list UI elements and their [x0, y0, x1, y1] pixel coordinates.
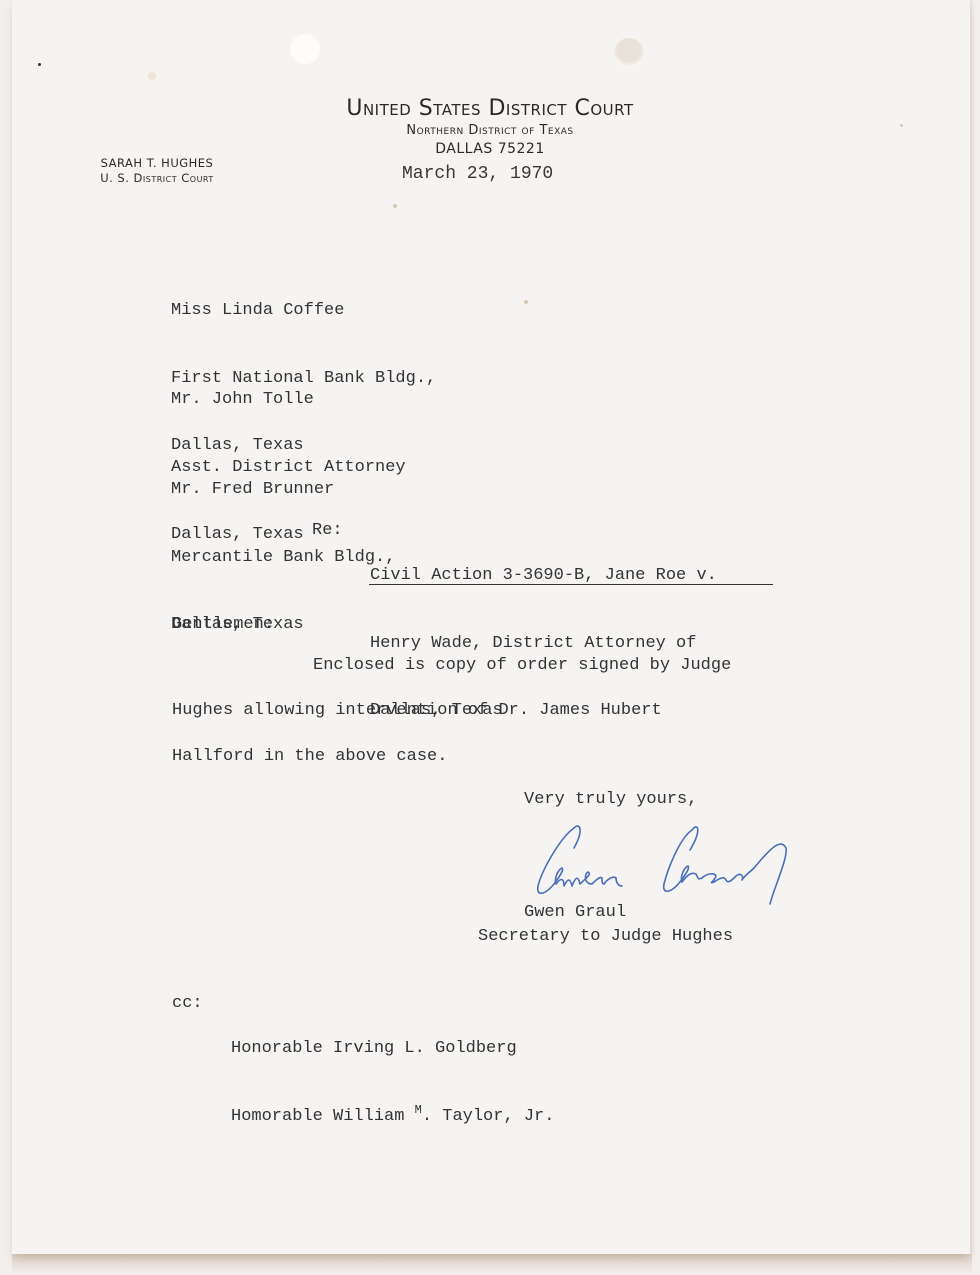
speck: [393, 204, 397, 208]
closing: Very truly yours,: [524, 789, 697, 812]
punch-hole-left: [290, 34, 320, 64]
speck: [524, 300, 528, 304]
signer-title: Secretary to Judge Hughes: [478, 926, 733, 949]
address-line: Mercantile Bank Bldg.,: [171, 547, 395, 570]
initial-superscript: M: [415, 1103, 422, 1117]
re-line: Henry Wade, District Attorney of: [370, 633, 717, 656]
address-line: Mr. John Tolle: [171, 389, 406, 412]
handwritten-signature: [530, 818, 820, 913]
body-line: Enclosed is copy of order signed by Judg…: [313, 655, 731, 678]
address-line: Miss Linda Coffee: [171, 300, 436, 323]
cc-label: cc:: [172, 993, 203, 1016]
signer-name: Gwen Graul: [524, 902, 626, 925]
address-line: Mr. Fred Brunner: [171, 479, 395, 502]
re-label: Re:: [312, 520, 343, 543]
paper-shadow: [12, 1254, 972, 1274]
body-line: Hallford in the above case.: [172, 746, 447, 769]
body-line: Hughes allowing intervention of Dr. Jame…: [172, 700, 662, 723]
speck: [900, 124, 903, 127]
speck: [38, 63, 41, 66]
punch-hole-right: [614, 38, 644, 68]
court-name: United States District Court: [300, 96, 680, 121]
cc-list: Honorable Irving L. Goldberg Homorable W…: [231, 993, 554, 1151]
judge-court: U. S. District Court: [72, 171, 242, 186]
cc-recipient: Honorable Irving L. Goldberg: [231, 1038, 554, 1061]
judge-name: SARAH T. HUGHES: [72, 156, 242, 171]
cc-recipient: Homorable William M. Taylor, Jr.: [231, 1106, 554, 1129]
judge-block: SARAH T. HUGHES U. S. District Court: [72, 156, 242, 186]
letter-date: March 23, 1970: [402, 164, 553, 184]
court-city-zip: DALLAS 75221: [380, 141, 600, 157]
speck: [148, 72, 156, 80]
court-district: Northern District of Texas: [330, 123, 650, 138]
re-underline: [369, 584, 773, 585]
salutation: Gentlemen:: [172, 614, 274, 637]
